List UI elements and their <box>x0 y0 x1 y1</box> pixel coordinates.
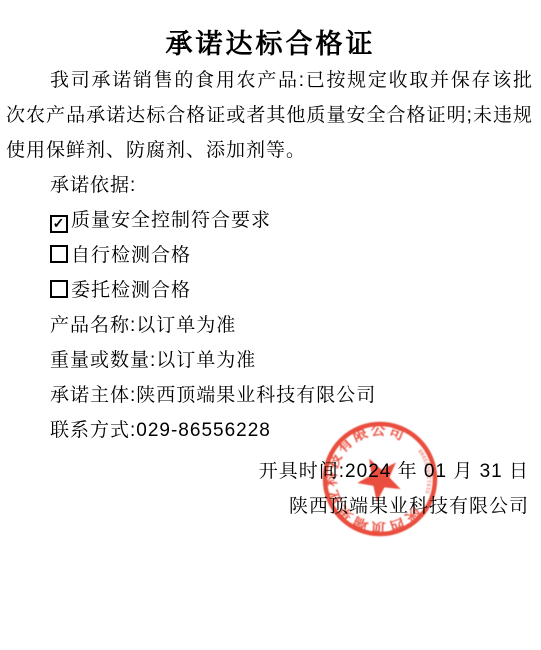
field-contact: 联系方式:029-86556228 <box>50 413 541 448</box>
field-product-name: 产品名称:以订单为准 <box>50 308 541 343</box>
issuer-line: 陕西顶端果业科技有限公司 <box>0 489 529 524</box>
field-value: 陕西顶端果业科技有限公司 <box>136 385 376 406</box>
certificate-page: 承诺达标合格证 我司承诺销售的食用农产品:已按规定收取并保存该批次农产品承诺达标… <box>0 0 541 650</box>
field-weight-quantity: 重量或数量:以订单为准 <box>50 343 541 378</box>
basis-label: 承诺依据: <box>50 175 136 196</box>
checkbox-row-entrusted: 委托检测合格 <box>50 273 541 308</box>
field-label: 联系方式: <box>50 420 136 441</box>
field-value: 029-86556228 <box>136 420 271 441</box>
check-mark-icon: ✓ <box>53 215 66 231</box>
checkbox-row-selftest: 自行检测合格 <box>50 238 541 273</box>
basis-label-line: 承诺依据: <box>50 168 541 203</box>
checkbox-unchecked-icon <box>50 280 68 298</box>
checkbox-checked-icon: ✓ <box>50 215 68 233</box>
checkbox-row-quality: ✓质量安全控制符合要求 <box>50 203 541 238</box>
field-value: 以订单为准 <box>136 315 236 336</box>
field-label: 产品名称: <box>50 315 136 336</box>
checkbox-label: 质量安全控制符合要求 <box>71 210 271 231</box>
field-value: 以订单为准 <box>156 350 256 371</box>
field-label: 承诺主体: <box>50 385 136 406</box>
checkbox-label: 自行检测合格 <box>71 245 191 266</box>
certificate-title: 承诺达标合格证 <box>0 28 541 60</box>
issue-date-line: 开具时间:2024 年 01 月 31 日 <box>0 454 529 489</box>
field-committer: 承诺主体:陕西顶端果业科技有限公司 <box>50 378 541 413</box>
field-label: 重量或数量: <box>50 350 156 371</box>
checkbox-label: 委托检测合格 <box>71 280 191 301</box>
footer-block: 开具时间:2024 年 01 月 31 日 陕西顶端果业科技有限公司 <box>0 454 541 524</box>
checkbox-unchecked-icon <box>50 245 68 263</box>
commitment-paragraph: 我司承诺销售的食用农产品:已按规定收取并保存该批次农产品承诺达标合格证或者其他质… <box>6 63 533 168</box>
